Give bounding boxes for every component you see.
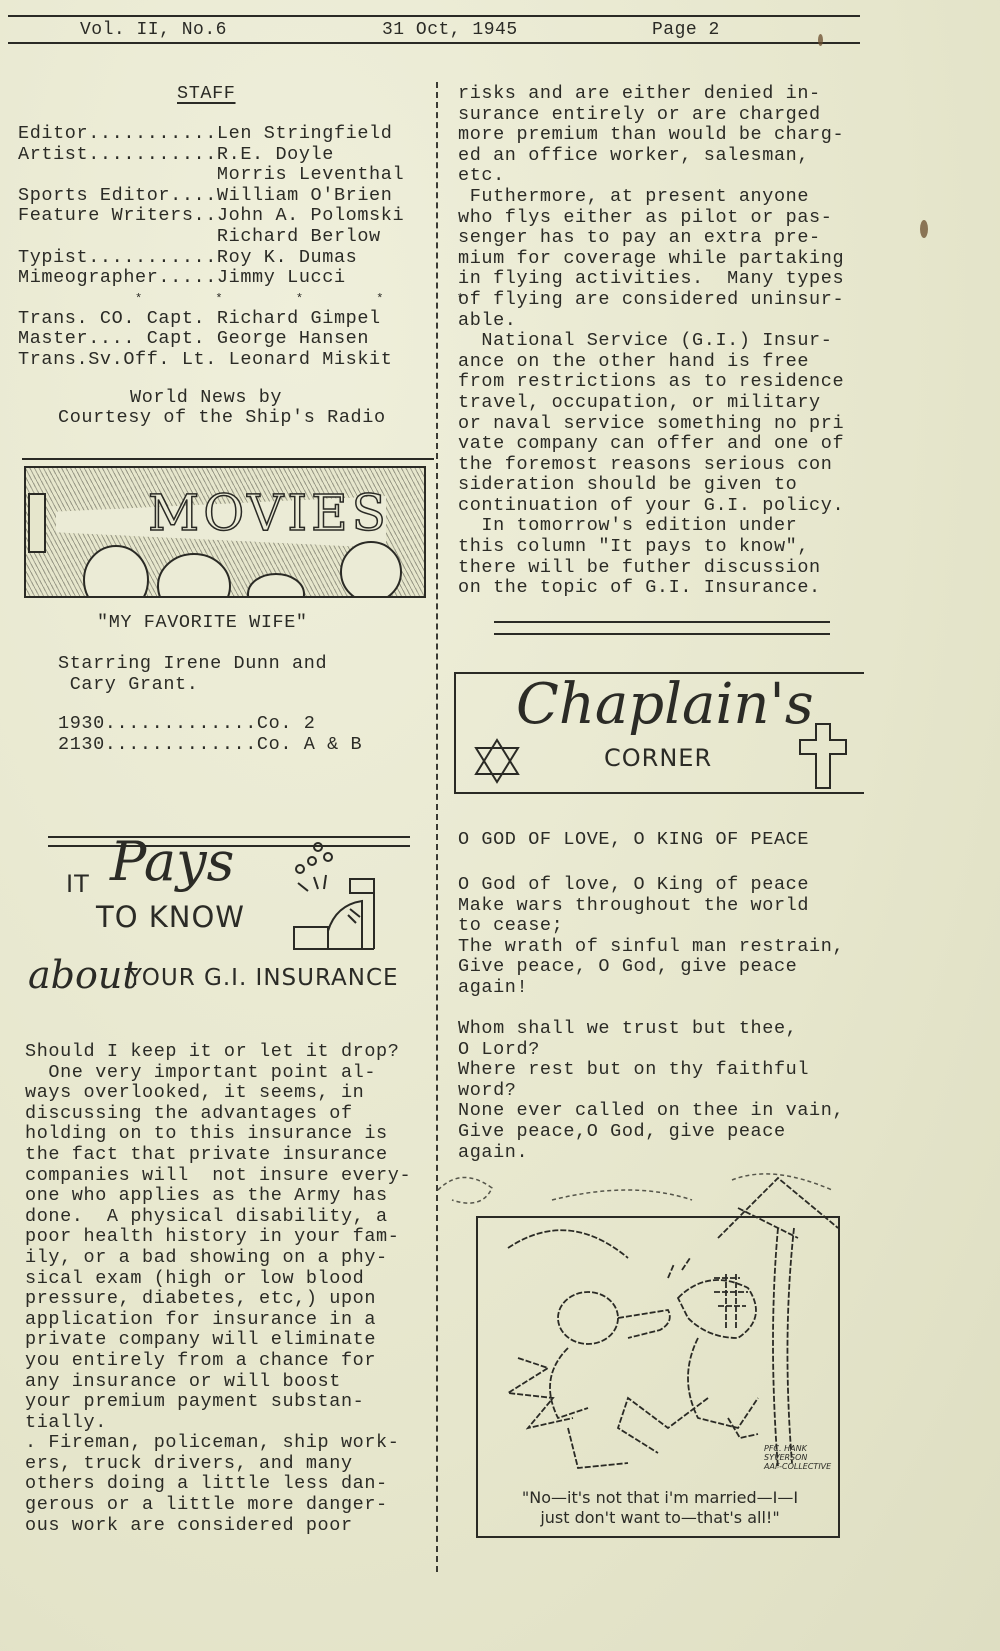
star-of-david-icon (474, 738, 520, 784)
article-line: this column "It pays to know", (458, 537, 844, 558)
chaplains-corner-banner: Chaplain's CORNER (454, 672, 864, 794)
page-number: Page 2 (652, 20, 720, 40)
header-top-rule (8, 15, 860, 17)
showtime-row: 2130.............Co. A & B (58, 735, 362, 756)
article-line: risks and are either denied in- (458, 84, 844, 105)
section-divider-rule1 (494, 621, 830, 623)
article-line: ous work are considered poor (25, 1516, 411, 1537)
staff-line: Trans. CO. Capt. Richard Gimpel (18, 309, 470, 330)
hymn-line: Give peace, O God, give peace (458, 957, 844, 978)
article-line: others doing a little less dan- (25, 1474, 411, 1495)
article-line: poor health history in your fam- (25, 1227, 411, 1248)
article-line: in flying activities. Many types (458, 269, 844, 290)
article-line: . Fireman, policeman, ship work- (25, 1433, 411, 1454)
cash-register-icon (292, 885, 392, 975)
hymn-line: Make wars throughout the world (458, 896, 844, 917)
article-line: the fact that private insurance (25, 1145, 411, 1166)
heading-about: about (28, 953, 138, 997)
article-line: ily, or a bad showing on a phy- (25, 1248, 411, 1269)
article-line: holding on to this insurance is (25, 1124, 411, 1145)
article-line: companies will not insure every- (25, 1166, 411, 1187)
staff-line: Sports Editor....William O'Brien (18, 186, 470, 207)
article-line: you entirely from a chance for (25, 1351, 411, 1372)
article-line: pressure, diabetes, etc,) upon (25, 1289, 411, 1310)
showtime-row: 1930.............Co. 2 (58, 714, 315, 735)
signature-line: AAF-COLLECTIVE (764, 1462, 831, 1471)
cartoonist-signature: PFC. HANK SYVERSON AAF-COLLECTIVE (764, 1444, 831, 1471)
hymn-line: Give peace,O God, give peace (458, 1122, 844, 1143)
cartoon-top-scribble (432, 1170, 852, 1220)
hymn-line: to cease; (458, 916, 844, 937)
header-bottom-rule (8, 42, 860, 44)
signature-line: SYVERSON (764, 1453, 831, 1462)
article-line: ed an office worker, salesman, (458, 146, 844, 167)
article-line: tially. (25, 1413, 411, 1434)
world-news-credit-line2: Courtesy of the Ship's Radio (58, 408, 386, 429)
article-line: application for insurance in a (25, 1310, 411, 1331)
movies-banner: MOVIES (24, 466, 426, 598)
volume-number: Vol. II, No.6 (80, 20, 227, 40)
movie-starring-line2: Cary Grant. (58, 675, 198, 696)
article-line: surance entirely or are charged (458, 105, 844, 126)
article-line: Futhermore, at present anyone (458, 187, 844, 208)
staff-line: Trans.Sv.Off. Lt. Leonard Miskit (18, 350, 470, 371)
article-line: In tomorrow's edition under (458, 516, 844, 537)
staff-line: Master.... Capt. George Hansen (18, 329, 470, 350)
article-line: who flys either as pilot or pas- (458, 208, 844, 229)
staff-line: Feature Writers..John A. Polomski (18, 206, 470, 227)
ink-stain (818, 34, 823, 46)
movie-starring-line1: Starring Irene Dunn and (58, 654, 327, 675)
article-line: on the topic of G.I. Insurance. (458, 578, 844, 599)
hymn-stanza-1: O God of love, O King of peace Make wars… (458, 875, 844, 999)
newspaper-page: Vol. II, No.6 31 Oct, 1945 Page 2 STAFF … (0, 0, 1000, 1651)
heading-pays: Pays (110, 830, 234, 893)
article-line: Should I keep it or let it drop? (25, 1042, 411, 1063)
heading-to-know: TO KNOW (96, 900, 245, 934)
section-divider-rule2 (494, 633, 830, 635)
article-line: private company will eliminate (25, 1330, 411, 1351)
hymn-line: again. (458, 1143, 844, 1164)
hymn-line: O God of love, O King of peace (458, 875, 844, 896)
hymn-title: O GOD OF LOVE, O KING OF PEACE (458, 830, 809, 851)
asterisk-divider: * * * * * (18, 289, 470, 309)
hymn-line: again! (458, 978, 844, 999)
article-line: of flying are considered uninsur- (458, 290, 844, 311)
chaplains-script-title: Chaplain's (516, 672, 814, 737)
staff-line: Editor...........Len Stringfield (18, 124, 470, 145)
article-line: ways overlooked, it seems, in (25, 1083, 411, 1104)
article-line: one who applies as the Army has (25, 1186, 411, 1207)
article-line: your premium payment substan- (25, 1392, 411, 1413)
article-line: ance on the other hand is free (458, 352, 844, 373)
world-news-credit-line1: World News by (130, 388, 282, 409)
article-line: from restrictions as to residence (458, 372, 844, 393)
staff-line: Artist...........R.E. Doyle (18, 145, 470, 166)
staff-line: Richard Berlow (18, 227, 470, 248)
article-line: or naval service something no pri (458, 414, 844, 435)
article-line: senger has to pay an extra pre- (458, 228, 844, 249)
hymn-line: None ever called on thee in vain, (458, 1101, 844, 1122)
movies-top-rule (22, 458, 434, 460)
article-line: etc. (458, 166, 844, 187)
article-line: continuation of your G.I. policy. (458, 496, 844, 517)
article-line: any insurance or will boost (25, 1372, 411, 1393)
article-line: gerous or a little more danger- (25, 1495, 411, 1516)
article-line: ers, truck drivers, and many (25, 1454, 411, 1475)
article-line: sideration should be given to (458, 475, 844, 496)
heading-your-gi-insurance: YOUR G.I. INSURANCE (128, 965, 399, 991)
hymn-line: O Lord? (458, 1040, 844, 1061)
audience-heads-icon (26, 468, 426, 598)
article-line: travel, occupation, or military (458, 393, 844, 414)
staff-line: Morris Leventhal (18, 165, 470, 186)
hymn-line: The wrath of sinful man restrain, (458, 937, 844, 958)
article-line: discussing the advantages of (25, 1104, 411, 1125)
hymn-line: Whom shall we trust but thee, (458, 1019, 844, 1040)
corner-label: CORNER (604, 744, 712, 772)
caption-line: just don't want to—that's all!" (478, 1508, 842, 1528)
ink-stain (920, 220, 928, 238)
movie-title: "MY FAVORITE WIFE" (97, 613, 308, 634)
hymn-line: Where rest but on thy faithful (458, 1060, 844, 1081)
article-line: sical exam (high or low blood (25, 1269, 411, 1290)
issue-date: 31 Oct, 1945 (382, 20, 518, 40)
insurance-article-part1: Should I keep it or let it drop? One ver… (25, 1042, 411, 1536)
hymn-stanza-2: Whom shall we trust but thee, O Lord? Wh… (458, 1019, 844, 1163)
article-line: more premium than would be charg- (458, 125, 844, 146)
caption-line: "No—it's not that i'm married—I—I (478, 1488, 842, 1508)
cartoon-caption: "No—it's not that i'm married—I—I just d… (478, 1488, 842, 1528)
article-line: the foremost reasons serious con (458, 455, 844, 476)
staff-list: Editor...........Len Stringfield Artist.… (18, 124, 470, 371)
hymn-line: word? (458, 1081, 844, 1102)
cross-icon (796, 722, 850, 792)
article-line: National Service (G.I.) Insur- (458, 331, 844, 352)
heading-it: IT (66, 870, 90, 898)
article-line: mium for coverage while partaking (458, 249, 844, 270)
staff-heading: STAFF (177, 84, 236, 105)
article-line: there will be futher discussion (458, 558, 844, 579)
article-line: done. A physical disability, a (25, 1207, 411, 1228)
article-line: One very important point al- (25, 1063, 411, 1084)
article-line: vate company can offer and one of (458, 434, 844, 455)
staff-line: Mimeographer.....Jimmy Lucci (18, 268, 470, 289)
article-line: able. (458, 311, 844, 332)
cartoon-panel: PFC. HANK SYVERSON AAF-COLLECTIVE "No—it… (476, 1216, 840, 1538)
signature-line: PFC. HANK (764, 1444, 831, 1453)
insurance-article-part2: risks and are either denied in- surance … (458, 84, 844, 599)
staff-line: Typist...........Roy K. Dumas (18, 248, 470, 269)
